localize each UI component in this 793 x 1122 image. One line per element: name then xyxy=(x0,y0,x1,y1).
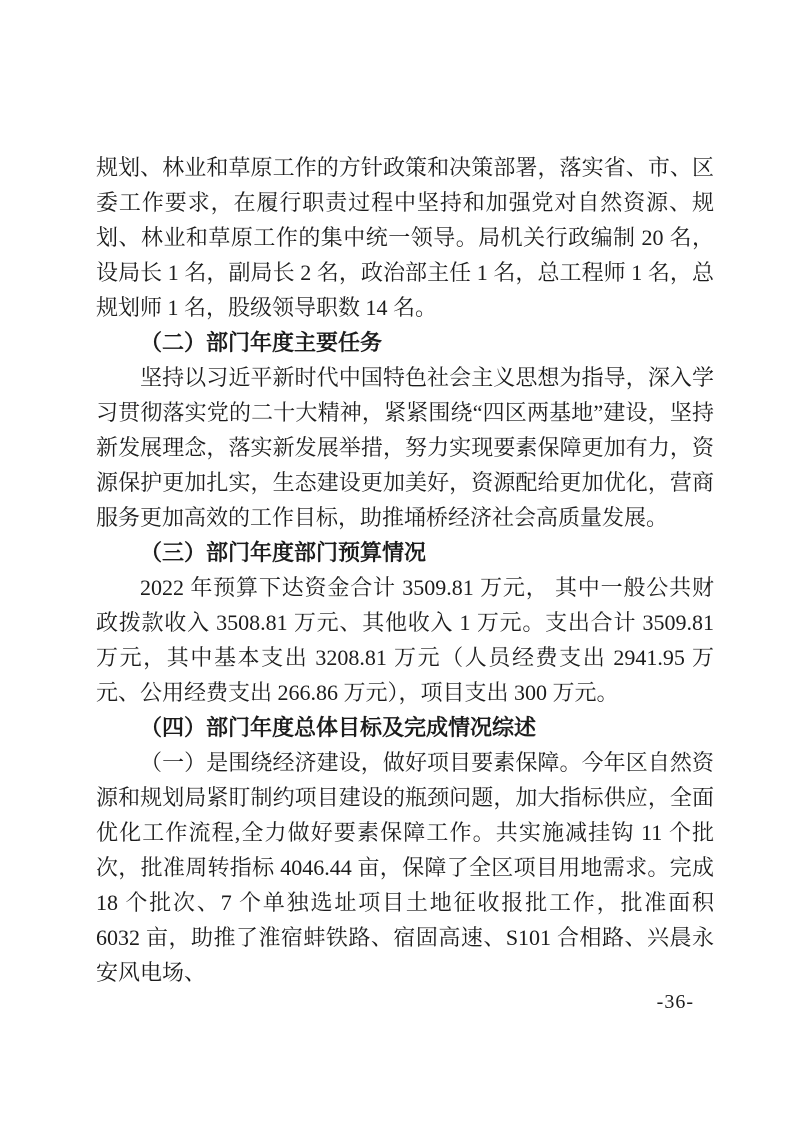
section-heading: （四）部门年度总体目标及完成情况综述 xyxy=(96,710,714,745)
document-page: 规划、林业和草原工作的方针政策和决策部署，落实省、市、区委工作要求，在履行职责过… xyxy=(0,0,793,1122)
document-body: 规划、林业和草原工作的方针政策和决策部署，落实省、市、区委工作要求，在履行职责过… xyxy=(96,150,714,990)
section-heading: （二）部门年度主要任务 xyxy=(96,325,714,360)
page-number: -36- xyxy=(657,991,694,1013)
body-paragraph: 2022 年预算下达资金合计 3509.81 万元， 其中一般公共财政拨款收入 … xyxy=(96,570,714,710)
body-paragraph: 规划、林业和草原工作的方针政策和决策部署，落实省、市、区委工作要求，在履行职责过… xyxy=(96,150,714,325)
body-paragraph: （一）是围绕经济建设，做好项目要素保障。今年区自然资源和规划局紧盯制约项目建设的… xyxy=(96,745,714,990)
section-heading: （三）部门年度部门预算情况 xyxy=(96,535,714,570)
body-paragraph: 坚持以习近平新时代中国特色社会主义思想为指导，深入学习贯彻落实党的二十大精神，紧… xyxy=(96,360,714,535)
